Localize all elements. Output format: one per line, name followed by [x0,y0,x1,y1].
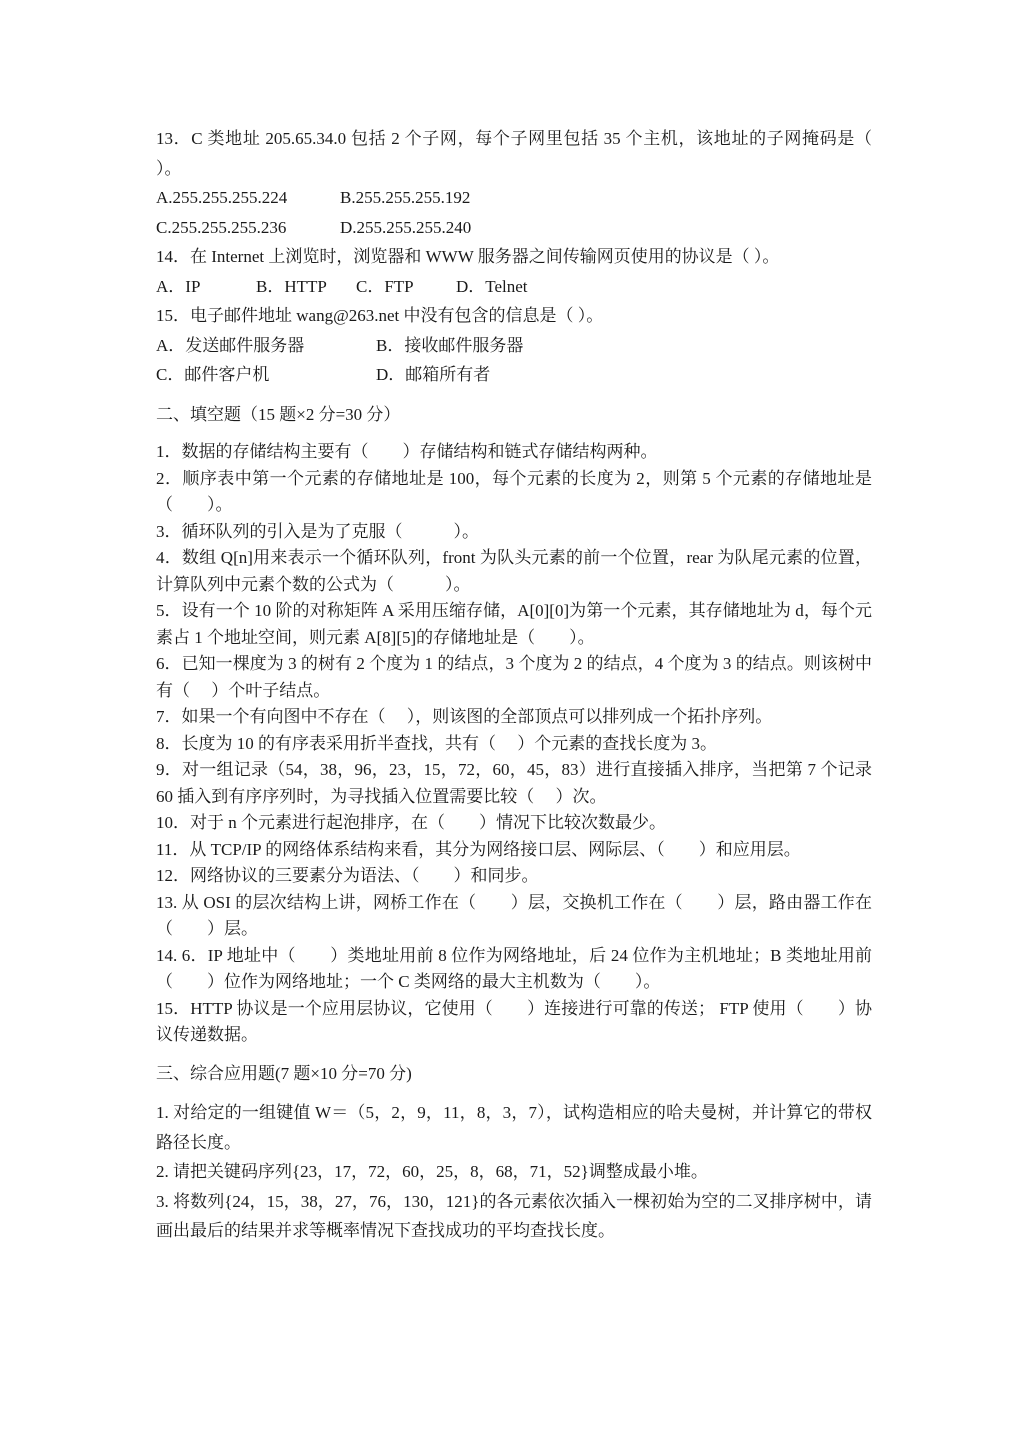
fill-blank-list: 1．数据的存储结构主要有（ ）存储结构和链式存储结构两种。 2．顺序表中第一个元… [156,439,872,1049]
option-d: D.255.255.255.240 [340,213,471,243]
application-item-1: 1. 对给定的一组键值 W＝（5，2，9，11，8，3，7），试构造相应的哈夫曼… [156,1098,872,1157]
application-item-2: 2. 请把关键码序列{23，17，72，60，25，8，68，71，52}调整成… [156,1157,872,1187]
mc-question-14: 14．在 Internet 上浏览时，浏览器和 WWW 服务器之间传输网页使用的… [156,242,872,301]
application-item-3: 3. 将数列{24，15，38，27，76，130，121}的各元素依次插入一棵… [156,1187,872,1246]
options-row: A．发送邮件服务器 B．接收邮件服务器 [156,331,872,361]
fill-blank-item-10: 10．对于 n 个元素进行起泡排序，在（ ）情况下比较次数最少。 [156,810,872,837]
question-stem: 15．电子邮件地址 wang@263.net 中没有包含的信息是（ ）。 [156,301,872,331]
fill-blank-item-12: 12．网络协议的三要素分为语法、（ ）和同步。 [156,863,872,890]
question-stem: 13．C 类地址 205.65.34.0 包括 2 个子网，每个子网里包括 35… [156,124,872,183]
fill-blank-item-14: 14. 6．IP 地址中（ ）类地址用前 8 位作为网络地址，后 24 位作为主… [156,943,872,996]
option-b: B．HTTP [256,272,356,302]
option-a: A.255.255.255.224 [156,183,340,213]
fill-blank-item-5: 5．设有一个 10 阶的对称矩阵 A 采用压缩存储，A[0][0]为第一个元素，… [156,598,872,651]
exam-page: 13．C 类地址 205.65.34.0 包括 2 个子网，每个子网里包括 35… [156,124,872,1246]
option-d: D．Telnet [456,272,528,302]
application-list: 1. 对给定的一组键值 W＝（5，2，9，11，8，3，7），试构造相应的哈夫曼… [156,1098,872,1246]
option-d: D．邮箱所有者 [376,360,490,390]
options-row: C.255.255.255.236 D.255.255.255.240 [156,213,872,243]
option-c: C．邮件客户机 [156,360,376,390]
section-title-fill-blank: 二、填空题（15 题×2 分=30 分） [156,400,872,430]
option-c: C．FTP [356,272,456,302]
fill-blank-item-15: 15．HTTP 协议是一个应用层协议，它使用（ ）连接进行可靠的传送； FTP … [156,996,872,1049]
fill-blank-item-11: 11．从 TCP/IP 的网络体系结构来看，其分为网络接口层、网际层、（ ）和应… [156,837,872,864]
fill-blank-item-13: 13. 从 OSI 的层次结构上讲，网桥工作在（ ）层，交换机工作在（ ）层，路… [156,890,872,943]
fill-blank-item-4: 4．数组 Q[n]用来表示一个循环队列，front 为队头元素的前一个位置，re… [156,545,872,598]
fill-blank-item-7: 7．如果一个有向图中不存在（ ），则该图的全部顶点可以排列成一个拓扑序列。 [156,704,872,731]
fill-blank-item-1: 1．数据的存储结构主要有（ ）存储结构和链式存储结构两种。 [156,439,872,466]
mc-question-15: 15．电子邮件地址 wang@263.net 中没有包含的信息是（ ）。 A．发… [156,301,872,390]
fill-blank-item-3: 3．循环队列的引入是为了克服（ ）。 [156,519,872,546]
options-row: A.255.255.255.224 B.255.255.255.192 [156,183,872,213]
option-b: B.255.255.255.192 [340,183,470,213]
fill-blank-item-8: 8．长度为 10 的有序表采用折半查找，共有（ ）个元素的查找长度为 3。 [156,731,872,758]
question-stem: 14．在 Internet 上浏览时，浏览器和 WWW 服务器之间传输网页使用的… [156,242,872,272]
option-a: A．IP [156,272,256,302]
section-title-application: 三、综合应用题(7 题×10 分=70 分) [156,1059,872,1089]
options-row: A．IP B．HTTP C．FTP D．Telnet [156,272,872,302]
options-row: C．邮件客户机 D．邮箱所有者 [156,360,872,390]
option-a: A．发送邮件服务器 [156,331,376,361]
option-b: B．接收邮件服务器 [376,331,523,361]
option-c: C.255.255.255.236 [156,213,340,243]
mc-question-13: 13．C 类地址 205.65.34.0 包括 2 个子网，每个子网里包括 35… [156,124,872,242]
fill-blank-item-6: 6．已知一棵度为 3 的树有 2 个度为 1 的结点，3 个度为 2 的结点，4… [156,651,872,704]
fill-blank-item-9: 9．对一组记录（54，38，96，23，15，72，60，45，83）进行直接插… [156,757,872,810]
fill-blank-item-2: 2．顺序表中第一个元素的存储地址是 100，每个元素的长度为 2，则第 5 个元… [156,466,872,519]
